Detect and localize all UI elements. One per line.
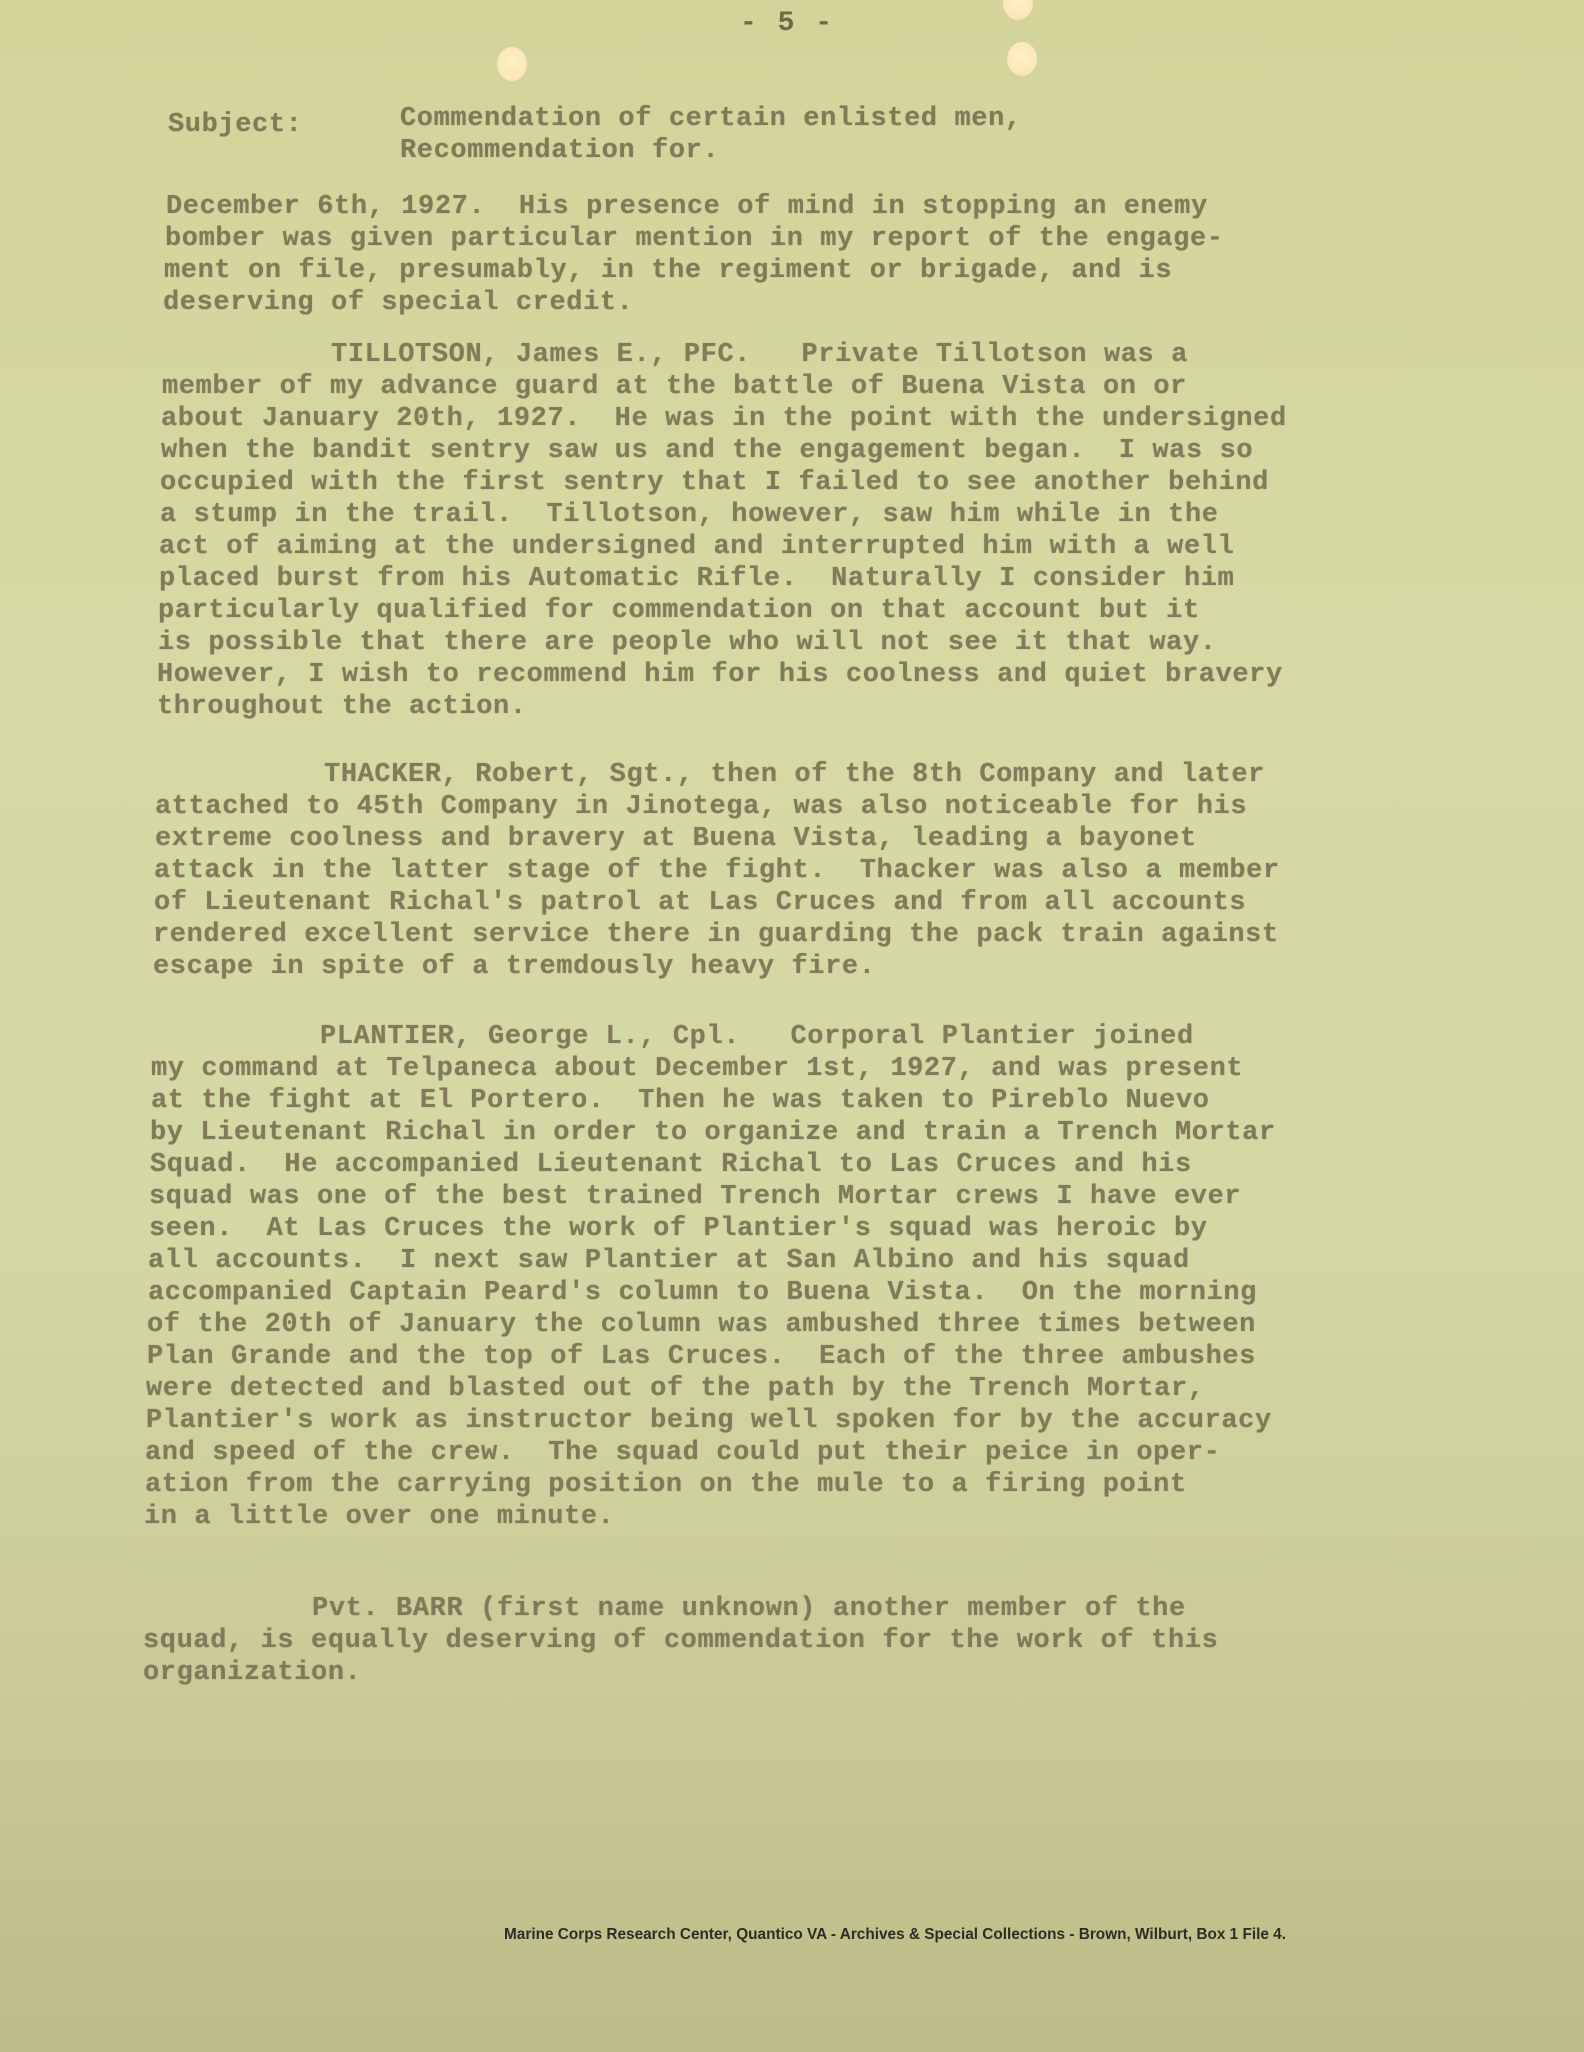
paragraph-tillotson-line: However, I wish to recommend him for his… — [157, 660, 1283, 690]
paragraph-plantier-line: by Lieutenant Richal in order to organiz… — [150, 1118, 1276, 1148]
paragraph-plantier-line: and speed of the crew. The squad could p… — [145, 1438, 1220, 1468]
subject-label: Subject: — [168, 110, 302, 140]
paragraph-plantier-line: Squad. He accompanied Lieutenant Richal … — [150, 1150, 1192, 1180]
paragraph-tillotson-line: a stump in the trail. Tillotson, however… — [160, 500, 1219, 530]
paragraph-tillotson-line: member of my advance guard at the battle… — [162, 372, 1187, 402]
paragraph-plantier-line: PLANTIER, George L., Cpl. Corporal Plant… — [152, 1022, 1194, 1052]
paragraph-thacker-line: THACKER, Robert, Sgt., then of the 8th C… — [156, 760, 1265, 790]
paragraph-0-line: deserving of special credit. — [163, 288, 633, 318]
document-page: - 5 - Subject: Commendation of certain e… — [0, 0, 1584, 2052]
punch-hole-left — [497, 47, 527, 81]
subject-line-2: Recommendation for. — [400, 136, 719, 166]
paragraph-tillotson-line: act of aiming at the undersigned and int… — [159, 532, 1234, 562]
paragraph-tillotson-line: throughout the action. — [157, 692, 527, 722]
paragraph-tillotson-line: is possible that there are people who wi… — [158, 628, 1217, 658]
archive-citation-footer: Marine Corps Research Center, Quantico V… — [504, 1926, 1286, 1944]
paragraph-0-line: bomber was given particular mention in m… — [165, 224, 1224, 254]
paragraph-plantier-line: of the 20th of January the column was am… — [147, 1310, 1256, 1340]
paragraph-plantier-line: at the fight at El Portero. Then he was … — [151, 1086, 1210, 1116]
punch-hole-right — [1007, 42, 1037, 76]
paragraph-tillotson-line: occupied with the first sentry that I fa… — [160, 468, 1269, 498]
paragraph-plantier-line: in a little over one minute. — [144, 1502, 614, 1532]
paragraph-plantier-line: ation from the carrying position on the … — [145, 1470, 1187, 1500]
paragraph-plantier-line: squad was one of the best trained Trench… — [149, 1182, 1241, 1212]
paragraph-thacker-line: escape in spite of a tremdously heavy fi… — [153, 952, 876, 982]
paragraph-plantier-line: Plantier's work as instructor being well… — [146, 1406, 1272, 1436]
paragraph-plantier-line: were detected and blasted out of the pat… — [146, 1374, 1205, 1404]
paragraph-thacker-line: extreme coolness and bravery at Buena Vi… — [155, 824, 1197, 854]
paragraph-plantier-line: seen. At Las Cruces the work of Plantier… — [149, 1214, 1208, 1244]
paragraph-thacker-line: rendered excellent service there in guar… — [153, 920, 1279, 950]
subject-line-1: Commendation of certain enlisted men, — [400, 104, 1022, 134]
paragraph-thacker-line: of Lieutenant Richal's patrol at Las Cru… — [154, 888, 1246, 918]
paragraph-tillotson-line: particularly qualified for commendation … — [158, 596, 1200, 626]
paragraph-plantier-line: Plan Grande and the top of Las Cruces. E… — [147, 1342, 1256, 1372]
page-number: - 5 - — [740, 8, 834, 39]
paragraph-thacker-line: attack in the latter stage of the fight.… — [154, 856, 1280, 886]
paragraph-barr-line: Pvt. BARR (first name unknown) another m… — [144, 1594, 1186, 1624]
paragraph-barr-line: squad, is equally deserving of commendat… — [143, 1626, 1218, 1656]
paragraph-0-line: December 6th, 1927. His presence of mind… — [166, 192, 1208, 222]
paragraph-tillotson-line: when the bandit sentry saw us and the en… — [161, 436, 1253, 466]
punch-hole-right-top — [1003, 0, 1033, 20]
paragraph-tillotson-line: TILLOTSON, James E., PFC. Private Tillot… — [163, 340, 1188, 370]
paragraph-plantier-line: my command at Telpaneca about December 1… — [151, 1054, 1243, 1084]
paragraph-plantier-line: all accounts. I next saw Plantier at San… — [148, 1246, 1190, 1276]
paragraph-thacker-line: attached to 45th Company in Jinotega, wa… — [155, 792, 1247, 822]
paragraph-0-line: ment on file, presumably, in the regimen… — [164, 256, 1172, 286]
paragraph-tillotson-line: about January 20th, 1927. He was in the … — [161, 404, 1287, 434]
paragraph-tillotson-line: placed burst from his Automatic Rifle. N… — [159, 564, 1234, 594]
paragraph-plantier-line: accompanied Captain Peard's column to Bu… — [148, 1278, 1257, 1308]
paragraph-barr-line: organization. — [143, 1658, 361, 1688]
